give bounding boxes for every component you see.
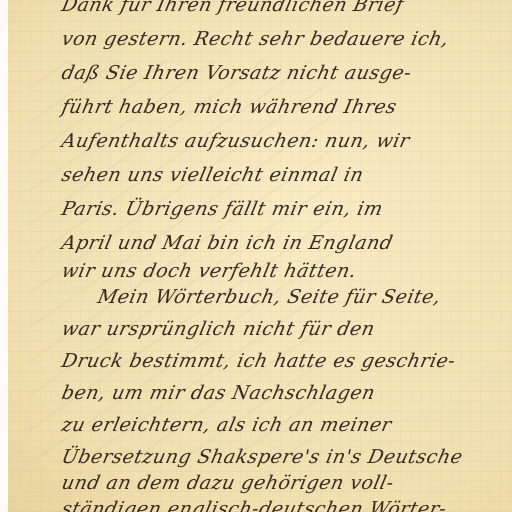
text-line: ständigen englisch-deutschen Wörter-: [60, 498, 449, 512]
text-line: Übersetzung Shakspere's in's Deutsche: [60, 446, 465, 468]
text-line: daß Sie Ihren Vorsatz nicht ausge-: [60, 62, 414, 84]
text-line: Paris. Übrigens fällt mir ein, im: [60, 198, 385, 220]
text-line: zu erleichtern, als ich an meiner: [60, 414, 394, 436]
text-line: Aufenthalts aufzusuchen: nun, wir: [60, 130, 412, 152]
text-line: April und Mai bin ich in England: [60, 232, 395, 254]
text-line: Dank für Ihren freundlichen Brief: [60, 0, 406, 16]
text-line: führt haben, mich während Ihres: [60, 96, 399, 118]
text-line: Druck bestimmt, ich hatte es geschrie-: [60, 350, 458, 372]
text-line: war ursprünglich nicht für den: [60, 318, 377, 340]
text-line: ben, um mir das Nachschlagen: [60, 382, 378, 404]
letter-page: Dank für Ihren freundlichen Brief von ge…: [0, 0, 512, 512]
text-line: sehen uns vielleicht einmal in: [60, 164, 366, 186]
text-line: Mein Wörterbuch, Seite für Seite,: [96, 286, 443, 308]
text-line: von gestern. Recht sehr bedauere ich,: [60, 28, 451, 50]
text-line: und an dem dazu gehörigen voll-: [60, 472, 396, 494]
text-line: wir uns doch verfehlt hätten.: [60, 260, 359, 282]
